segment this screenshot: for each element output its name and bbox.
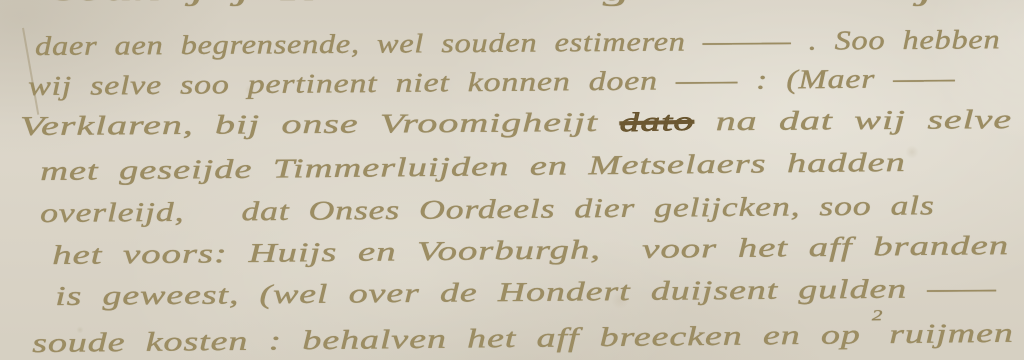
line-text: ruijmen	[889, 318, 1014, 349]
line-text: overleijd, dat Onses Oordeels dier gelij…	[40, 190, 935, 228]
line-text: na dat wij selve	[694, 104, 1012, 136]
line-text: soun j j R g j	[55, 0, 935, 6]
insertion-mark-superscript: 2	[872, 308, 884, 324]
manuscript-page: soun j j R g j daer aen begrensende, wel…	[0, 0, 1024, 360]
line-text: Verklaren, bij onse Vroomigheijt	[20, 107, 619, 141]
cropped-line-top: soun j j R g j	[55, 0, 935, 7]
line-text: daer aen begrensende, wel souden estimer…	[35, 24, 1000, 61]
struck-word: dato	[619, 106, 695, 139]
